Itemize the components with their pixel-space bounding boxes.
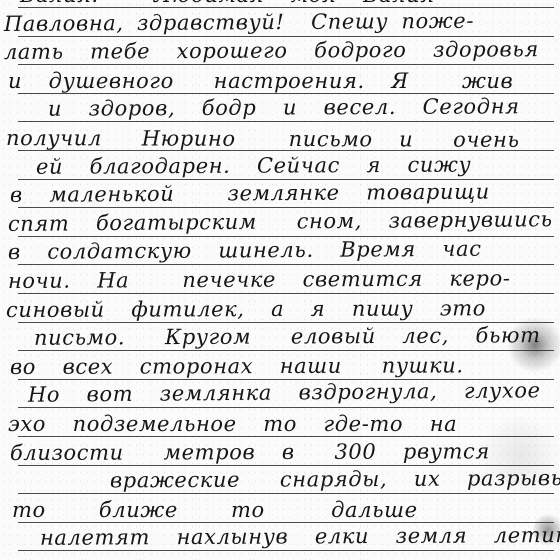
text-line: лать тебе хорошего бодрого здоровья — [0, 35, 560, 66]
text-line: близости метров в 300 рвутся — [0, 437, 560, 467]
text-line: ночи. На печечке светится керо- — [0, 264, 560, 295]
text-line: получил Нюрино письмо и очень — [0, 124, 560, 154]
text-line: Но вот землянка вздрогнула, глухое — [0, 376, 560, 409]
text-line: ей благодарен. Сейчас я сижу — [0, 149, 560, 180]
text-line: и душевного настроения. Я жив — [0, 67, 560, 95]
text-line: вражеские снаряды, их разрывы — [0, 464, 560, 496]
text-line: спят богатырским сном, завернувшись — [0, 205, 560, 238]
text-line: то ближе то дальше — [0, 496, 560, 524]
text-line: письмо. Кругом еловый лес, бьют — [0, 321, 560, 352]
text-line: синовый фитилек, а я пишу это — [0, 294, 560, 324]
text-line: налетят нахлынув елки земля летит — [0, 521, 560, 552]
text-line: и здоров, бодр и весел. Сегодня — [0, 92, 560, 123]
text-line: Павловна, здравствуй! Спешу поже- — [0, 6, 560, 38]
text-line: эхо подземельное то где-то на — [0, 410, 560, 438]
text-line: в маленькой землянке товарищи — [0, 177, 560, 209]
scanned-letter-page: Валия! Любимая моя Валия Павловна, здрав… — [0, 0, 560, 560]
text-line: в солдатскую шинель. Время час — [0, 234, 560, 266]
